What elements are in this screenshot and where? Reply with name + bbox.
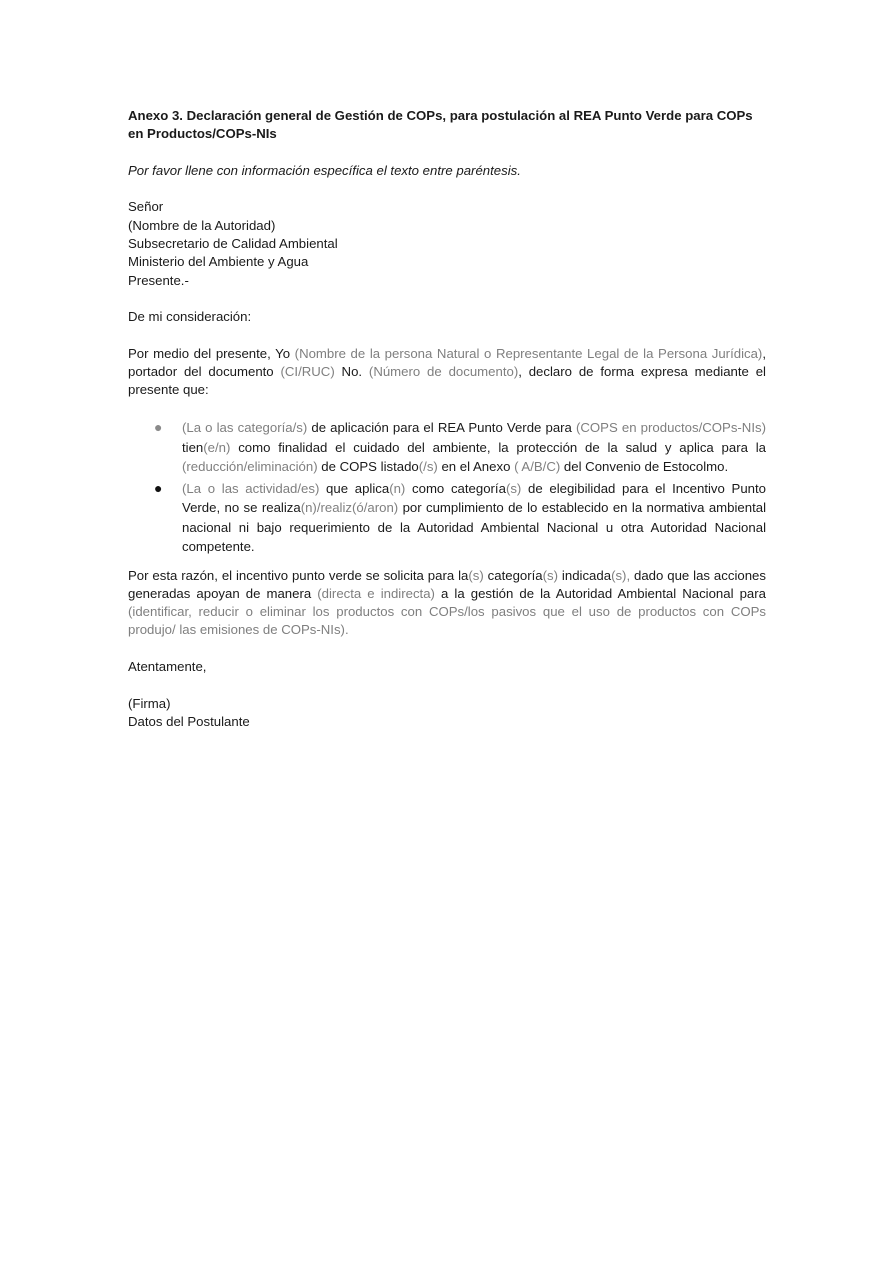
- text-segment: como finalidad el cuidado del ambiente, …: [230, 440, 766, 455]
- declaration-list: ● (La o las categoría/s) de aplicación p…: [128, 418, 766, 557]
- text-segment: No.: [335, 364, 369, 379]
- placeholder-text: (s): [468, 568, 483, 583]
- placeholder-text: (reducción/eliminación): [182, 459, 318, 474]
- placeholder-text: (s),: [611, 568, 630, 583]
- text-segment: tien: [182, 440, 203, 455]
- text-segment: de aplicación para el REA Punto Verde pa…: [307, 420, 576, 435]
- document-page: Anexo 3. Declaración general de Gestión …: [128, 107, 766, 731]
- placeholder-text: (Número de documento): [369, 364, 518, 379]
- address-line-ministry: Ministerio del Ambiente y Agua: [128, 253, 766, 271]
- address-line-authority-name: (Nombre de la Autoridad): [128, 217, 766, 235]
- text-segment: Por medio del presente, Yo: [128, 346, 295, 361]
- placeholder-text: (La o las categoría/s): [182, 420, 307, 435]
- salutation: De mi consideración:: [128, 308, 766, 326]
- bullet-icon: ●: [154, 479, 162, 499]
- instruction-text: Por favor llene con información específi…: [128, 162, 766, 180]
- placeholder-text: (e/n): [203, 440, 230, 455]
- placeholder-text: (La o las actividad/es): [182, 481, 319, 496]
- text-segment: del Convenio de Estocolmo.: [560, 459, 728, 474]
- placeholder-text: (CI/RUC): [281, 364, 335, 379]
- placeholder-text: (/s): [419, 459, 438, 474]
- text-segment: de COPS listado: [318, 459, 419, 474]
- placeholder-text: (s): [506, 481, 521, 496]
- text-segment: que aplica: [319, 481, 389, 496]
- applicant-data: Datos del Postulante: [128, 713, 766, 731]
- signature-placeholder: (Firma): [128, 695, 766, 713]
- placeholder-text: (n)/realiz(ó/aron): [301, 500, 398, 515]
- address-block: Señor (Nombre de la Autoridad) Subsecret…: [128, 198, 766, 289]
- closing: Atentamente,: [128, 658, 766, 676]
- address-line-position: Subsecretario de Calidad Ambiental: [128, 235, 766, 253]
- text-segment: a la gestión de la Autoridad Ambiental N…: [435, 586, 766, 601]
- text-segment: Por esta razón, el incentivo punto verde…: [128, 568, 468, 583]
- address-line-salutation: Señor: [128, 198, 766, 216]
- bullet-icon: ●: [154, 418, 162, 438]
- placeholder-text: (COPS en productos/COPs-NIs): [576, 420, 766, 435]
- declaration-item-text: (La o las actividad/es) que aplica(n) co…: [182, 481, 766, 555]
- text-segment: en el Anexo: [438, 459, 514, 474]
- reason-paragraph: Por esta razón, el incentivo punto verde…: [128, 567, 766, 640]
- placeholder-text: (directa e indirecta): [317, 586, 435, 601]
- placeholder-text: (identificar, reducir o eliminar los pro…: [128, 604, 766, 637]
- placeholder-text: (Nombre de la persona Natural o Represen…: [295, 346, 763, 361]
- declaration-item-activities: ● (La o las actividad/es) que aplica(n) …: [128, 479, 766, 557]
- placeholder-text: (s): [543, 568, 558, 583]
- document-title: Anexo 3. Declaración general de Gestión …: [128, 107, 766, 144]
- text-segment: indicada: [558, 568, 611, 583]
- placeholder-text: ( A/B/C): [514, 459, 560, 474]
- declaration-item-text: (La o las categoría/s) de aplicación par…: [182, 420, 766, 474]
- placeholder-text: (n): [389, 481, 405, 496]
- text-segment: categoría: [484, 568, 543, 583]
- text-segment: como categoría: [405, 481, 506, 496]
- declaration-item-categories: ● (La o las categoría/s) de aplicación p…: [128, 418, 766, 477]
- intro-paragraph: Por medio del presente, Yo (Nombre de la…: [128, 345, 766, 400]
- address-line-presente: Presente.-: [128, 272, 766, 290]
